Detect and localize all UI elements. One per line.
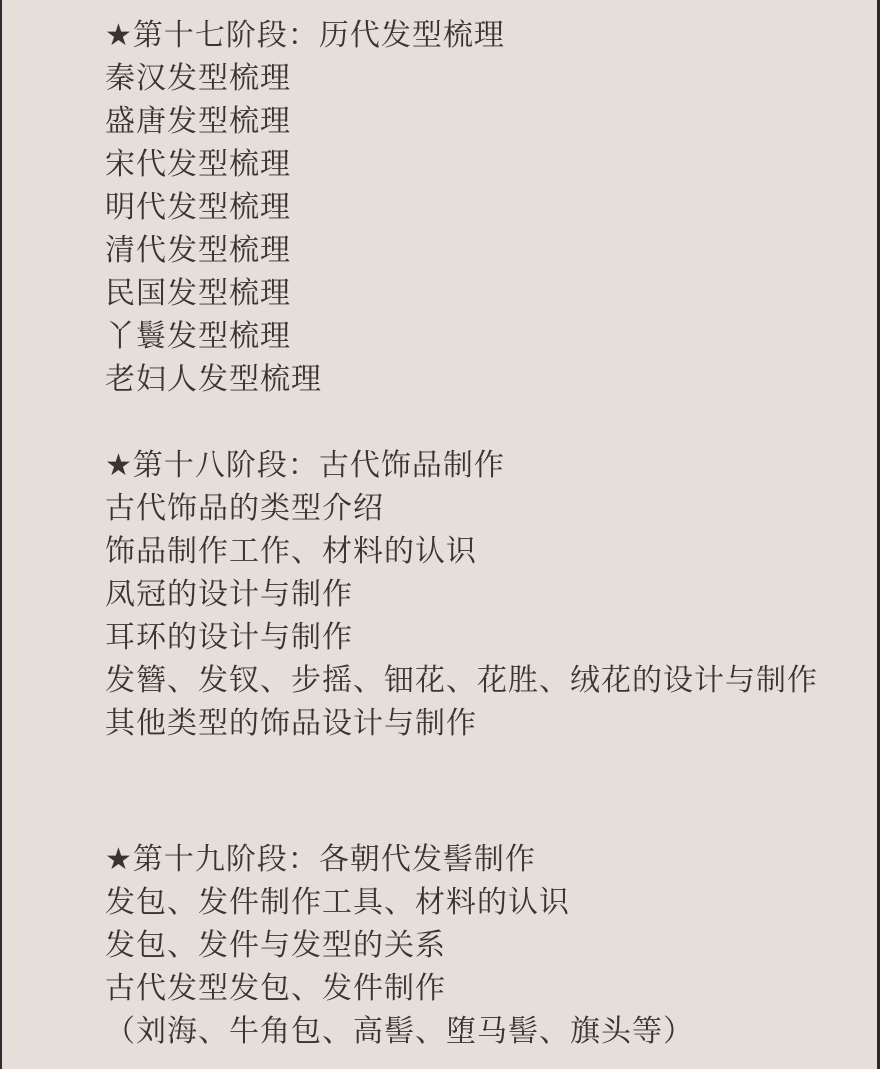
course-item: 耳环的设计与制作 bbox=[105, 616, 860, 659]
course-item: 盛唐发型梳理 bbox=[105, 100, 860, 143]
course-stage-section: ★第十八阶段：古代饰品制作古代饰品的类型介绍饰品制作工作、材料的认识凤冠的设计与… bbox=[105, 444, 860, 745]
course-item: 发包、发件制作工具、材料的认识 bbox=[105, 881, 860, 924]
stage-title: ★第十八阶段：古代饰品制作 bbox=[105, 444, 860, 487]
course-item: 古代发型发包、发件制作 bbox=[105, 967, 860, 1010]
course-item: （刘海、牛角包、高髻、堕马髻、旗头等） bbox=[105, 1010, 860, 1053]
course-item: 宋代发型梳理 bbox=[105, 143, 860, 186]
course-item: 明代发型梳理 bbox=[105, 186, 860, 229]
course-outline-page: ★第十七阶段：历代发型梳理秦汉发型梳理盛唐发型梳理宋代发型梳理明代发型梳理清代发… bbox=[0, 0, 880, 1069]
course-stage-section: ★第十九阶段：各朝代发髻制作发包、发件制作工具、材料的认识发包、发件与发型的关系… bbox=[105, 838, 860, 1053]
course-stage-section: ★第十七阶段：历代发型梳理秦汉发型梳理盛唐发型梳理宋代发型梳理明代发型梳理清代发… bbox=[105, 14, 860, 401]
course-item: 秦汉发型梳理 bbox=[105, 57, 860, 100]
course-item: 凤冠的设计与制作 bbox=[105, 573, 860, 616]
left-edge-border bbox=[0, 0, 2, 1069]
course-item: 清代发型梳理 bbox=[105, 229, 860, 272]
course-item: 古代饰品的类型介绍 bbox=[105, 487, 860, 530]
course-item: 老妇人发型梳理 bbox=[105, 358, 860, 401]
course-item: 饰品制作工作、材料的认识 bbox=[105, 530, 860, 573]
course-outline: ★第十七阶段：历代发型梳理秦汉发型梳理盛唐发型梳理宋代发型梳理明代发型梳理清代发… bbox=[105, 14, 860, 1053]
stage-title: ★第十九阶段：各朝代发髻制作 bbox=[105, 838, 860, 881]
course-item: 丫鬟发型梳理 bbox=[105, 315, 860, 358]
course-item: 民国发型梳理 bbox=[105, 272, 860, 315]
course-item: 发簪、发钗、步摇、钿花、花胜、绒花的设计与制作 bbox=[105, 659, 860, 702]
stage-title: ★第十七阶段：历代发型梳理 bbox=[105, 14, 860, 57]
course-item: 发包、发件与发型的关系 bbox=[105, 924, 860, 967]
course-item: 其他类型的饰品设计与制作 bbox=[105, 702, 860, 745]
